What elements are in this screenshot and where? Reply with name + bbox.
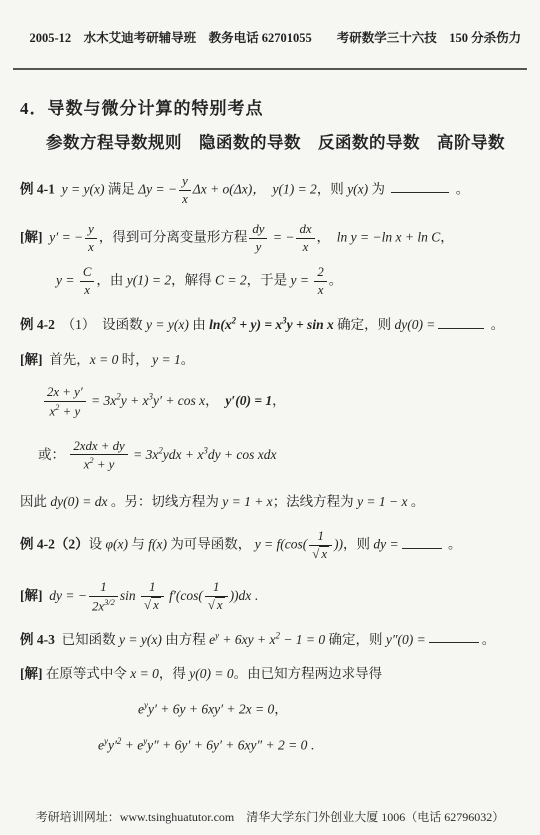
text-run: ， (205, 393, 225, 408)
radical: √x (144, 597, 161, 612)
text-run: . (251, 588, 258, 603)
text-run: 2xdx + dy (73, 439, 124, 453)
text-run: 。 (181, 352, 195, 367)
text-run: y = y(x) (62, 181, 105, 196)
text-run: 满足 (104, 181, 138, 196)
text-run: = 3x (130, 447, 159, 462)
text-run: 为 (368, 181, 388, 196)
text-run: 已知函数 (55, 631, 119, 646)
fraction: dyy (249, 222, 267, 255)
answer-blank (402, 535, 442, 549)
text-run: ，得 (159, 666, 189, 681)
text-run: dy = (373, 537, 398, 552)
text-run: y (182, 174, 188, 188)
solution-4-1-line-1: [解] y′ = −yx，得到可分离变量形方程dyy = −dxx， ln y … (20, 222, 522, 255)
page-header: 2005-12 水木艾迪考研辅导班 教务电话 62701055 考研数学三十六技… (0, 0, 540, 61)
text-run: 因此 (20, 494, 50, 509)
text-run: y (88, 222, 94, 236)
text-run: y″(0) = (386, 631, 426, 646)
section-title: 4．导数与微分计算的特别考点 (20, 98, 522, 119)
text-run: . (307, 737, 314, 752)
document-lines: 例 4-1 y = y(x) 满足 Δy = −yxΔx + o(Δx)， y(… (20, 174, 522, 754)
text-run: 1 (149, 580, 155, 594)
text-run: )) (334, 537, 343, 552)
text-run: ln y = −ln x + ln C (337, 230, 440, 245)
text-run: dy(0) = (394, 317, 435, 332)
fraction: yx (179, 174, 191, 207)
example-4-2-part-1: 例 4-2 （1） 设函数 y = y(x) 由 ln(x2 + y) = x3… (20, 315, 522, 334)
radical: √x (208, 597, 225, 612)
text-run: y′(0) = 1 (225, 393, 272, 408)
text-run: 1 (213, 580, 219, 594)
fraction: yx (85, 222, 97, 255)
solution-4-3-line-1: [解] 在原等式中令 x = 0，得 y(0) = 0。由已知方程两边求导得 (20, 666, 522, 683)
text-run: x (303, 240, 309, 254)
text-run: 或： (38, 447, 68, 462)
radical: √x (312, 546, 329, 561)
text-run: 由 (189, 317, 209, 332)
text-run: 。 (487, 317, 504, 332)
text-run: = − (269, 230, 294, 245)
text-run: 。 (329, 272, 343, 287)
text-run: 。 (452, 181, 469, 196)
text-run: ， (274, 702, 288, 717)
text-run: 3/2 (104, 597, 115, 607)
text-run: 2 (317, 265, 323, 279)
text-run: x (88, 240, 94, 254)
answer-blank (438, 315, 484, 329)
page-footer: 考研培训网址：www.tsinghuatutor.com 清华大学东门外创业大厦… (0, 808, 540, 825)
footer-text: 考研培训网址：www.tsinghuatutor.com 清华大学东门外创业大厦… (36, 810, 505, 824)
text-run: 。 (445, 537, 462, 552)
fraction: 12x3/2 (89, 580, 118, 614)
text-run: 时， (118, 352, 152, 367)
text-run: 在原等式中令 (43, 666, 131, 681)
fraction: 2xdx + dyx2 + y (70, 439, 127, 473)
text-run: y′ + 6y + 6xy′ + 2x = 0 (148, 702, 274, 717)
text-run: + y (59, 404, 80, 418)
solution-4-2-1-conclusion: 因此 dy(0) = dx 。另：切线方程为 y = 1 + x；法线方程为 y… (20, 494, 522, 511)
fraction: dxx (296, 222, 314, 255)
text-run: 。另：切线方程为 (107, 494, 222, 509)
text-run: + y) = x (236, 317, 282, 332)
text-run: x = 0 (130, 666, 159, 681)
text-run: f(x) (148, 537, 167, 552)
text-run: + y (94, 458, 115, 472)
fraction: 2x (314, 265, 326, 298)
text-run: ，于是 (247, 272, 291, 287)
text-run: y′ + cos x (153, 393, 205, 408)
text-run: ，解得 (171, 272, 215, 287)
fraction: Cx (80, 265, 95, 298)
text-run: y = 1 (152, 352, 181, 367)
example-4-1: 例 4-1 y = y(x) 满足 Δy = −yxΔx + o(Δx)， y(… (20, 174, 522, 207)
text-run: 2x + y′ (47, 385, 83, 399)
text-run: dy + cos xdx (208, 447, 277, 462)
text-run: dy = − (49, 588, 87, 603)
solution-4-3-equation-2: eyy′2 + eyy″ + 6y′ + 6y′ + 6xy″ + 2 = 0 … (98, 737, 522, 754)
text-run: y + sin x (287, 317, 334, 332)
text-run: y(0) = 0 (189, 666, 233, 681)
text-run: 例 4-2 (20, 317, 55, 332)
text-run: x (182, 192, 188, 206)
text-run: x (318, 283, 324, 297)
text-run: 由方程 (162, 631, 209, 646)
text-run: [解] (20, 230, 49, 245)
text-run: ， (440, 230, 454, 245)
text-run: y′ (108, 737, 117, 752)
solution-4-2-1-line-1: [解] 首先，x = 0 时， y = 1。 (20, 352, 522, 369)
text-run: y(1) = 2 (127, 272, 171, 287)
text-run: ydx + x (163, 447, 204, 462)
header-divider (13, 68, 527, 70)
text-run: y = y(x) (119, 631, 162, 646)
text-run: 首先， (49, 352, 90, 367)
solution-4-2-1-equation-1: 2x + y′x2 + y = 3x2y + x3y′ + cos x， y′(… (42, 385, 522, 419)
text-run: y′ = − (49, 230, 83, 245)
text-run: x (321, 547, 327, 561)
text-run: = 3x (88, 393, 117, 408)
text-run: （1） 设函数 (55, 317, 146, 332)
header-text: 2005-12 水木艾迪考研辅导班 教务电话 62701055 考研数学三十六技… (30, 31, 522, 45)
text-run: y = f(cos( (255, 537, 308, 552)
text-run: 确定，则 (334, 317, 395, 332)
text-run: ，则 (343, 537, 373, 552)
text-run: 例 4-1 (20, 181, 62, 196)
text-run: ，则 (317, 181, 347, 196)
text-run: 例 4-2 (20, 537, 55, 552)
text-run: y(x) (347, 181, 368, 196)
text-run: （2） (55, 537, 89, 552)
text-run: y″ + 6y′ + 6y′ + 6xy″ + 2 = 0 (147, 737, 307, 752)
text-run: [解] (20, 352, 49, 367)
text-run: 。由已知方程两边求导得 (234, 666, 383, 681)
text-run: y = (56, 272, 78, 287)
text-run: 。 (408, 494, 425, 509)
text-run: + 6xy + x (219, 631, 275, 646)
text-run: dy (252, 222, 264, 236)
text-run: φ(x) (106, 537, 128, 552)
text-run: dx (299, 222, 311, 236)
solution-4-2-1-equation-2: 或： 2xdx + dyx2 + y = 3x2ydx + x3dy + cos… (38, 439, 522, 473)
text-run: C (83, 265, 92, 279)
text-run: y(1) = 2 (272, 181, 316, 196)
text-run: + e (121, 737, 143, 752)
example-4-2-part-2: 例 4-2（2）设 φ(x) 与 f(x) 为可导函数， y = f(cos(1… (20, 529, 522, 562)
text-run: y = 1 + x (222, 494, 272, 509)
text-run: ， (317, 230, 337, 245)
text-run: ；法线方程为 (273, 494, 357, 509)
text-run: x (153, 598, 159, 612)
fraction: 1√x (205, 580, 228, 613)
text-run: 与 (128, 537, 148, 552)
text-run: y = (291, 272, 313, 287)
text-run: f′(cos( (166, 588, 203, 603)
text-run: [解] (20, 588, 49, 603)
text-run: y = y(x) (146, 317, 189, 332)
solution-4-3-equation-1: eyy′ + 6y + 6xy′ + 2x = 0， (138, 701, 522, 718)
answer-blank (429, 630, 479, 644)
text-run: x = 0 (90, 352, 119, 367)
text-run: 1 (317, 529, 323, 543)
text-run: dy(0) = dx (50, 494, 107, 509)
text-run: y (256, 240, 262, 254)
text-run: ， (272, 393, 286, 408)
text-run: sin (120, 588, 139, 603)
text-run: 为可导函数， (167, 537, 255, 552)
text-run: ln(x (209, 317, 232, 332)
text-run: − 1 = 0 (280, 631, 325, 646)
text-run: 。 (482, 631, 496, 646)
text-run: y = 1 − x (357, 494, 407, 509)
text-run: 例 4-3 (20, 631, 55, 646)
solution-4-2-2: [解] dy = −12x3/2sin 1√x f′(cos(1√x))dx . (20, 580, 522, 614)
text-run: x (217, 598, 223, 612)
text-run: x (84, 283, 90, 297)
document-page: 2005-12 水木艾迪考研辅导班 教务电话 62701055 考研数学三十六技… (0, 0, 540, 835)
sqrt-sign: √ (208, 598, 215, 612)
text-run: 2x (92, 599, 104, 613)
document-content: 4．导数与微分计算的特别考点 参数方程导数规则 隐函数的导数 反函数的导数 高阶… (0, 98, 540, 754)
text-run: 1 (100, 580, 106, 594)
text-run: Δx + o(Δx)， (193, 181, 266, 196)
sqrt-sign: √ (144, 598, 151, 612)
text-run: ))dx (230, 588, 252, 603)
example-4-3: 例 4-3 已知函数 y = y(x) 由方程 ey + 6xy + x2 − … (20, 630, 522, 649)
fraction: 1√x (141, 580, 164, 613)
text-run: C = 2 (215, 272, 247, 287)
fraction: 1√x (309, 529, 332, 562)
solution-4-1-line-2: y = Cx，由 y(1) = 2，解得 C = 2，于是 y = 2x。 (56, 265, 522, 298)
text-run: y + x (121, 393, 149, 408)
text-run: ，由 (96, 272, 126, 287)
fraction: 2x + y′x2 + y (44, 385, 86, 419)
answer-blank (391, 179, 449, 193)
section-subtitle: 参数方程导数规则 隐函数的导数 反函数的导数 高阶导数 (46, 133, 522, 154)
text-run: ，得到可分离变量形方程 (99, 230, 248, 245)
text-run: 确定，则 (325, 631, 386, 646)
text-run: Δy = − (138, 181, 177, 196)
text-run: [解] (20, 666, 43, 681)
text-run: 设 (89, 537, 106, 552)
